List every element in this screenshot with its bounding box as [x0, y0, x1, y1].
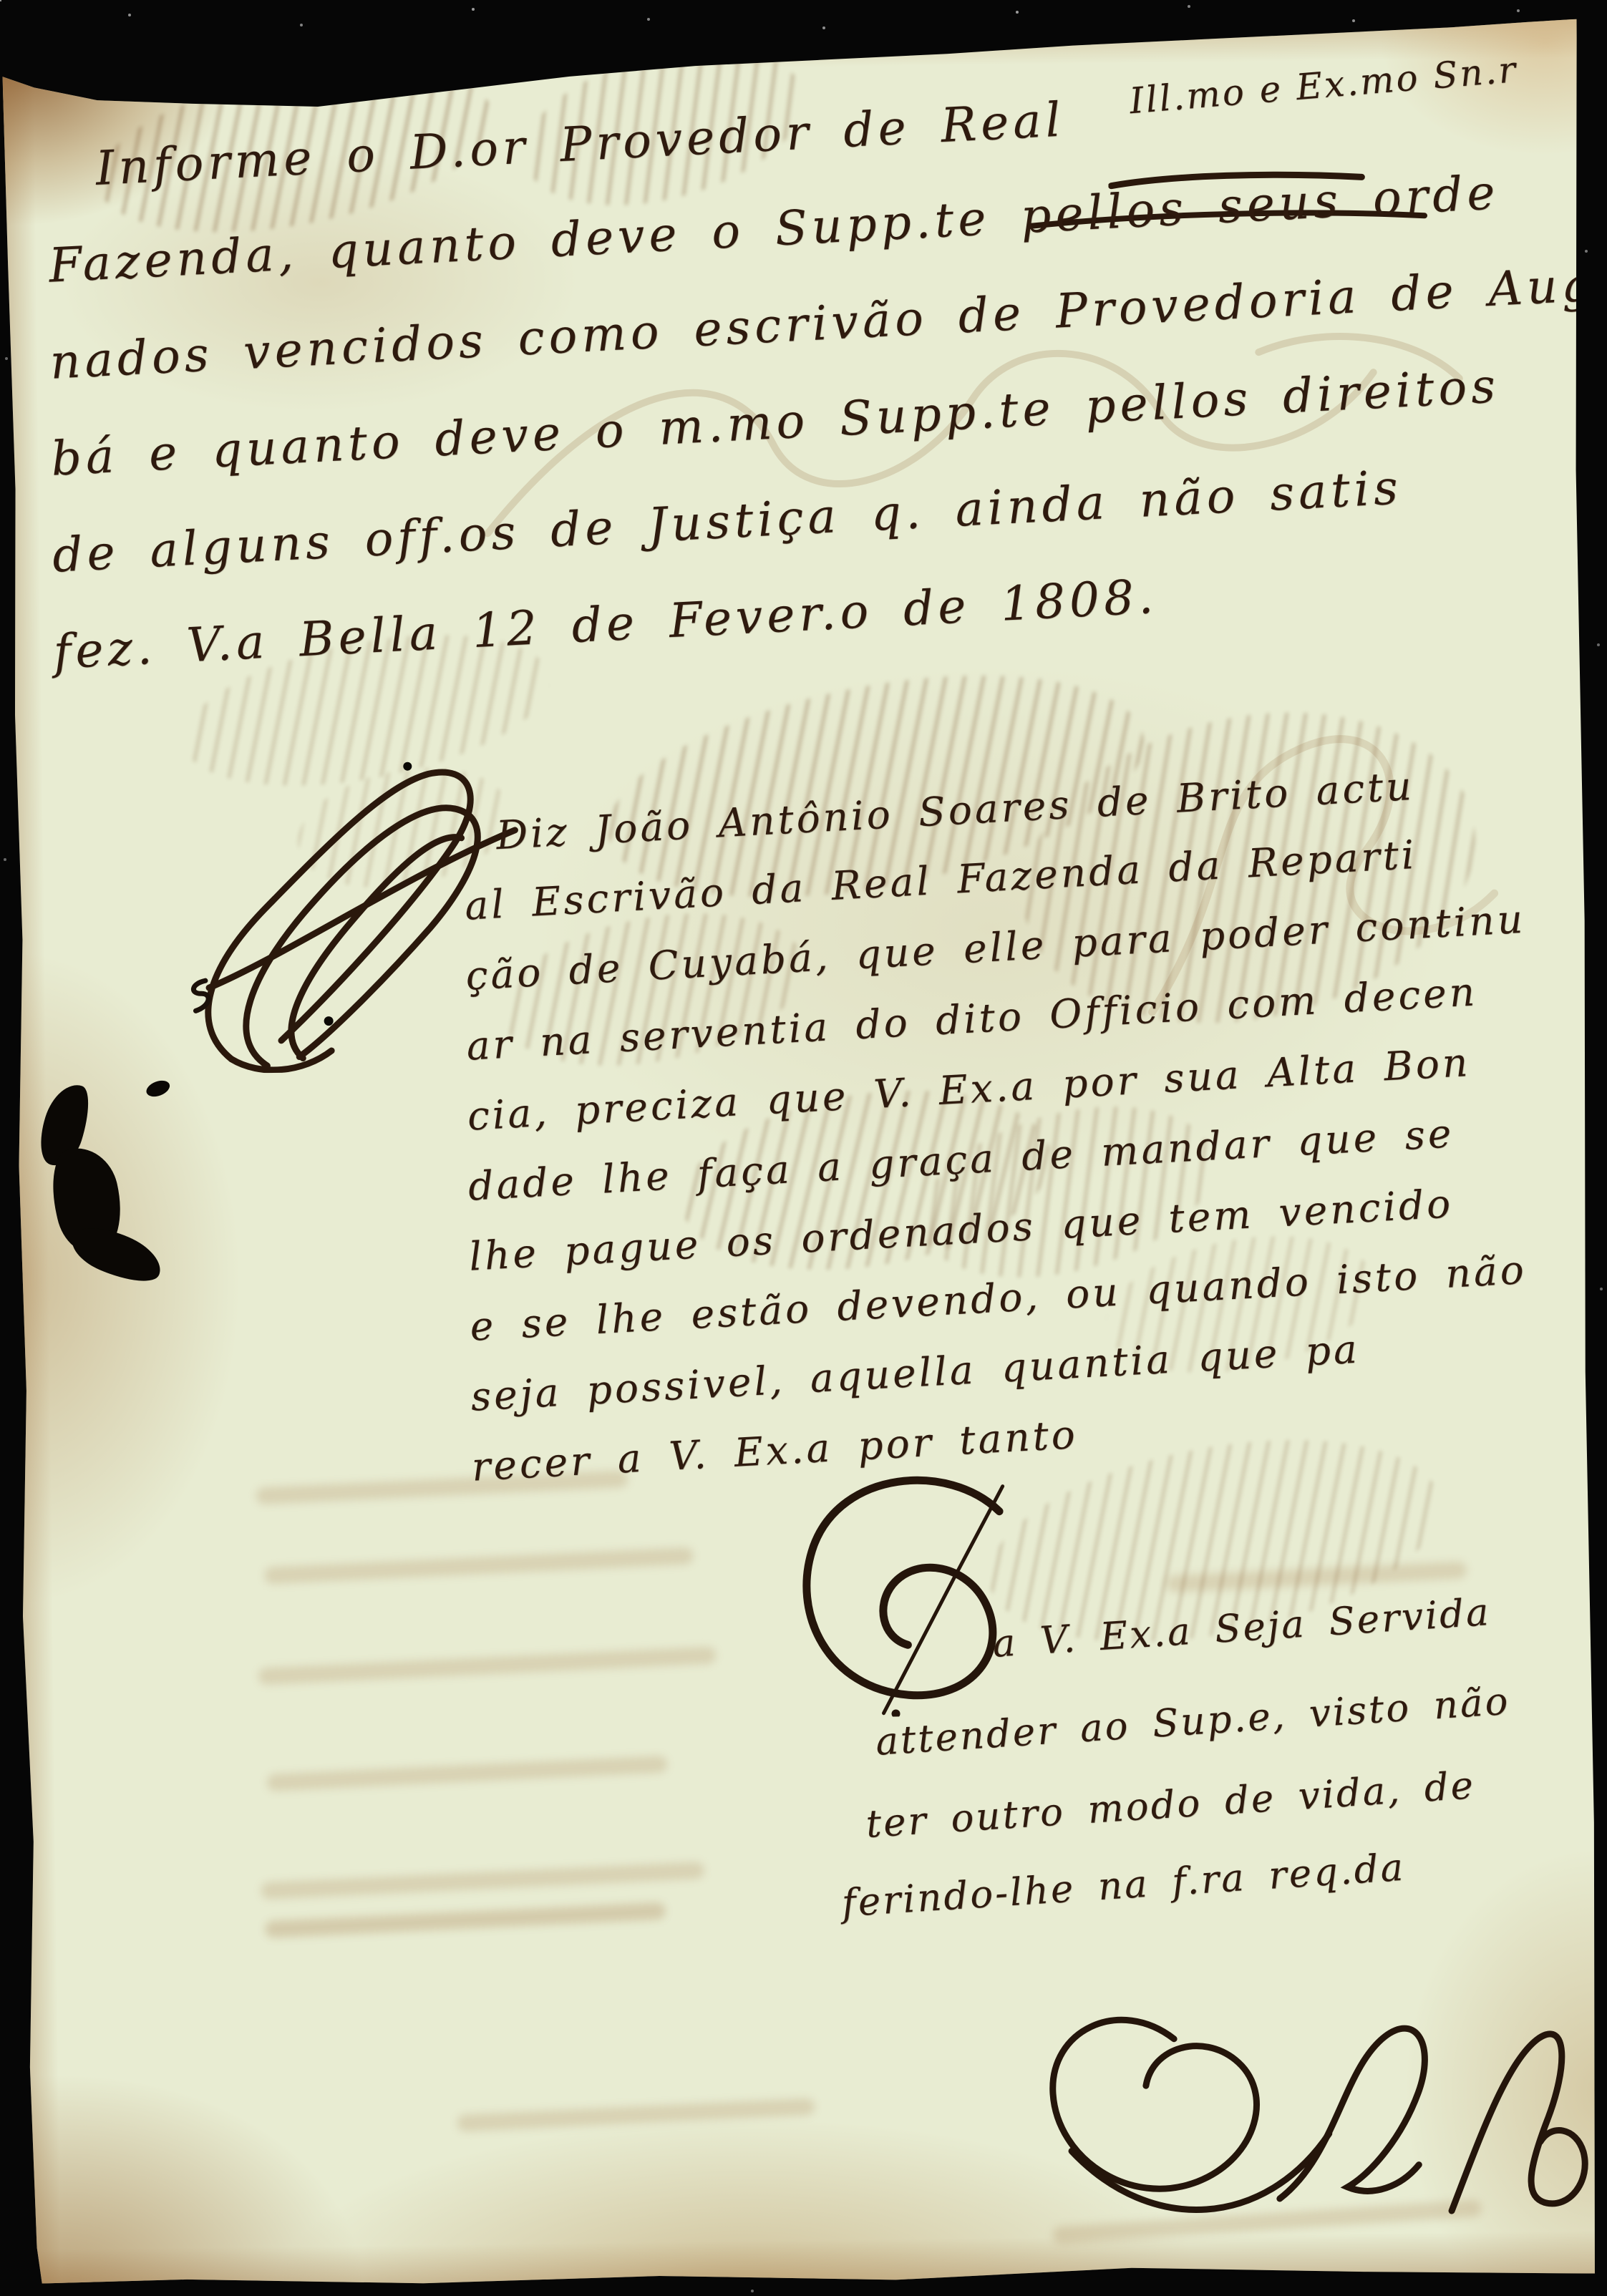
bleedthrough-text-line [457, 2098, 815, 2132]
manuscript-paper: Ill.mo e Ex.mo Sn.r Informe o D.or Prove… [2, 19, 1604, 2293]
salutation: Ill.mo e Ex.mo Sn.r [1128, 49, 1520, 122]
letter-P-flourish [784, 1472, 1023, 1718]
despacho-line: fez. V.a Bella 12 de Fever.o de 1808. [52, 569, 1159, 680]
ink-blot [324, 1016, 334, 1026]
bleedthrough-text-line [264, 1547, 694, 1584]
dust-specks [0, 0, 1, 1]
ink-blot [403, 762, 412, 771]
bleedthrough-text-line [265, 1902, 666, 1938]
closing-line: ferindo-lhe na f.ra req.da [840, 1846, 1407, 1926]
bleedthrough-text-line [258, 1646, 716, 1685]
bleedthrough-text-line [261, 1862, 704, 1899]
ERM-rubric-flourish [1026, 1966, 1603, 2245]
marginal-ink-mark [177, 975, 220, 1018]
closing-line: ter outro modo de vida, de [865, 1764, 1477, 1847]
bleedthrough-text-line [266, 1756, 668, 1791]
photograph-of-manuscript: { "colors": { "backdrop": "#060606", "pa… [0, 0, 1607, 2296]
ink-blot [144, 1078, 172, 1100]
